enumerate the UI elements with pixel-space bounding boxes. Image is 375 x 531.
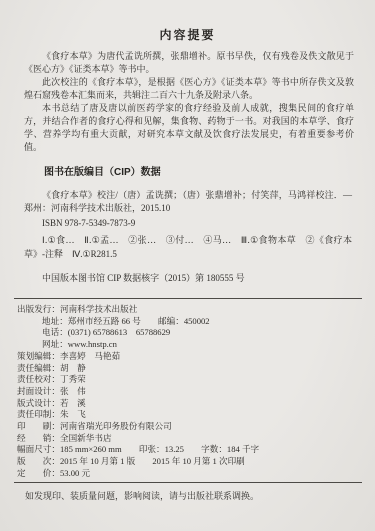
publication-row-label: 出版发行： [17, 304, 60, 314]
publication-row-value: 185 mm×260 mm 印张：13.25 字数：184 千字 [60, 444, 259, 454]
publication-row-value: 丁秀荣 [60, 374, 86, 384]
publication-row-label: 地址： [42, 316, 68, 326]
publication-row: 印 刷：河南省瑞光印务股份有限公司 [17, 421, 365, 433]
publication-row-label: 定 价： [17, 468, 60, 478]
summary-paragraph-2: 此次校注的《食疗本草》，是根据《医心方》《证类本草》等书中所存佚文及敦煌石窟残卷… [24, 76, 354, 102]
summary-paragraph-1: 《食疗本草》为唐代孟诜所撰，张鼎增补。原书早佚，仅有残卷及佚文散见于《医心方》《… [24, 50, 354, 76]
publication-row-value: 朱 飞 [60, 409, 86, 419]
publication-row: 地址：郑州市经五路 66 号 邮编：450002 [17, 316, 365, 328]
publication-row-value: 若 溪 [60, 398, 86, 408]
publication-row: 责任印制：朱 飞 [17, 409, 365, 421]
publication-row: 网址：www.hnstp.cn [17, 339, 365, 351]
publication-row: 出版发行：河南科学技术出版社 [17, 304, 365, 316]
publication-row-label: 责任校对： [17, 374, 60, 384]
publication-row-label: 电话： [42, 327, 68, 337]
publication-row: 版 次：2015 年 10 月第 1 版 2015 年 10 月第 1 次印刷 [17, 456, 365, 468]
publication-row: 电话：(0371) 65788613 65788629 [17, 327, 365, 339]
summary-title: 内容提要 [0, 0, 375, 43]
publication-row: 幅面尺寸：185 mm×260 mm 印张：13.25 字数：184 千字 [17, 444, 365, 456]
publication-row-value: www.hnstp.cn [68, 339, 117, 349]
publication-info: 出版发行：河南科学技术出版社 地址：郑州市经五路 66 号 邮编：450002 … [17, 304, 365, 480]
publication-row-value: 53.00 元 [60, 468, 90, 478]
cip-header: 图书在版编目（CIP）数据 [44, 163, 375, 178]
publication-row-label: 封面设计： [17, 386, 60, 396]
publication-row-label: 网址： [42, 339, 68, 349]
publication-row: 责任编辑：胡 静 [17, 363, 365, 375]
publication-row: 责任校对：丁秀荣 [17, 374, 365, 386]
publication-row-value: 2015 年 10 月第 1 版 2015 年 10 月第 1 次印刷 [60, 456, 245, 466]
publication-row-value: 河南科学技术出版社 [60, 304, 137, 314]
publication-row-value: 李喜婷 马艳茹 [60, 351, 120, 361]
cip-isbn: ISBN 978-7-5349-7873-9 [24, 217, 352, 230]
publication-row-label: 责任印制： [17, 409, 60, 419]
summary-paragraph-3: 本书总结了唐及唐以前医药学家的食疗经验及前人成就，搜集民间的食疗单方，并结合作者… [24, 102, 354, 154]
publication-row: 策划编辑：李喜婷 马艳茹 [17, 351, 365, 363]
publication-row-label: 经 销： [17, 433, 60, 443]
top-divider [14, 298, 362, 299]
cip-record: 《食疗本草》校注/（唐）孟诜撰；（唐）张鼎增补；付笑萍，马鸿祥校注．—郑州：河南… [24, 189, 352, 215]
bottom-divider [14, 482, 362, 483]
publication-row-label: 责任编辑： [17, 363, 60, 373]
cip-registry-number: 中国版本图书馆 CIP 数据核字（2015）第 180555 号 [24, 272, 352, 285]
publication-row-value: 全国新华书店 [60, 433, 112, 443]
publication-row: 定 价：53.00 元 [17, 468, 365, 480]
publication-row-label: 策划编辑： [17, 351, 60, 361]
exchange-note: 如发现印、装质量问题，影响阅读，请与出版社联系调换。 [25, 490, 352, 503]
publication-row-label: 幅面尺寸： [17, 444, 60, 454]
publication-row-value: (0371) 65788613 65788629 [68, 327, 170, 337]
publication-row-label: 印 刷： [17, 421, 60, 431]
summary-section: 《食疗本草》为唐代孟诜所撰，张鼎增补。原书早佚，仅有残卷及佚文散见于《医心方》《… [24, 50, 354, 154]
publication-row-value: 胡 静 [60, 363, 86, 373]
publication-row-value: 郑州市经五路 66 号 邮编：450002 [68, 316, 210, 326]
publication-row-label: 版 次： [17, 456, 60, 466]
book-copyright-page: 内容提要 《食疗本草》为唐代孟诜所撰，张鼎增补。原书早佚，仅有残卷及佚文散见于《… [0, 0, 375, 531]
publication-row: 版式设计：若 溪 [17, 398, 365, 410]
cip-classification: Ⅰ.①食… Ⅱ.①孟… ②张… ③付… ④马… Ⅲ.①食物本草 ②《食疗本草》-… [24, 233, 352, 261]
publication-row-value: 河南省瑞光印务股份有限公司 [60, 421, 172, 431]
publication-row-label: 版式设计： [17, 398, 60, 408]
publication-row: 封面设计：张 伟 [17, 386, 365, 398]
publication-row-value: 张 伟 [60, 386, 86, 396]
publication-row: 经 销：全国新华书店 [17, 433, 365, 445]
